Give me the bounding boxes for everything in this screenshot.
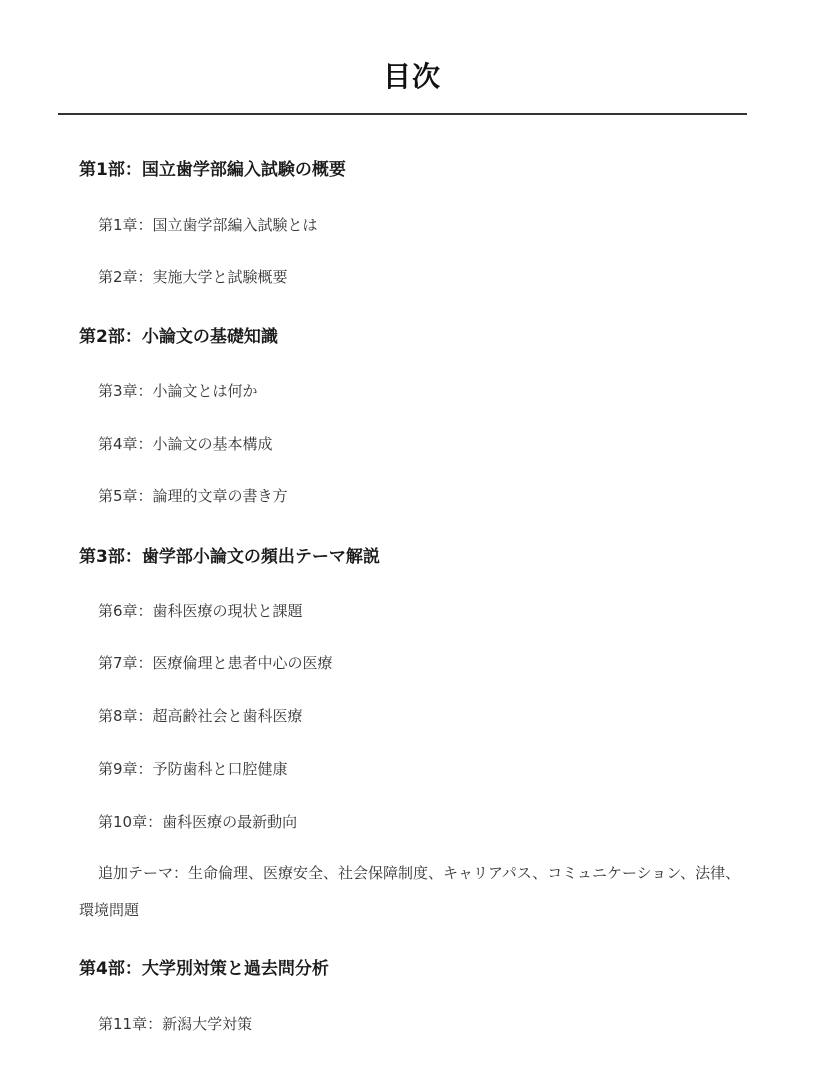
toc-part-3[interactable]: 第3部：歯学部小論文の頻出テーマ解説 bbox=[79, 545, 380, 569]
toc-chapter-8[interactable]: 第8章：超高齢社会と歯科医療 bbox=[98, 705, 303, 727]
toc-page: 目次 第1部：国立歯学部編入試験の概要 第1章：国立歯学部編入試験とは 第2章：… bbox=[0, 0, 824, 1080]
toc-chapter-5[interactable]: 第5章：論理的文章の書き方 bbox=[98, 485, 288, 507]
toc-chapter-9[interactable]: 第9章：予防歯科と口腔健康 bbox=[98, 758, 288, 780]
toc-chapter-10[interactable]: 第10章：歯科医療の最新動向 bbox=[98, 811, 297, 833]
toc-part-1[interactable]: 第1部：国立歯学部編入試験の概要 bbox=[79, 158, 346, 182]
toc-chapter-6[interactable]: 第6章：歯科医療の現状と課題 bbox=[98, 600, 303, 622]
toc-chapter-11[interactable]: 第11章：新潟大学対策 bbox=[98, 1013, 252, 1035]
page-title: 目次 bbox=[0, 55, 824, 99]
title-divider bbox=[58, 113, 747, 115]
toc-part-2[interactable]: 第2部：小論文の基礎知識 bbox=[79, 325, 278, 349]
toc-chapter-2[interactable]: 第2章：実施大学と試験概要 bbox=[98, 266, 288, 288]
toc-chapter-3[interactable]: 第3章：小論文とは何か bbox=[98, 380, 258, 402]
toc-additional-themes: 追加テーマ：生命倫理、医療安全、社会保障制度、キャリアパス、コミュニケーション、… bbox=[79, 855, 749, 929]
toc-chapter-4[interactable]: 第4章：小論文の基本構成 bbox=[98, 433, 273, 455]
toc-chapter-7[interactable]: 第7章：医療倫理と患者中心の医療 bbox=[98, 652, 333, 674]
toc-part-4[interactable]: 第4部：大学別対策と過去問分析 bbox=[79, 957, 329, 981]
toc-chapter-1[interactable]: 第1章：国立歯学部編入試験とは bbox=[98, 214, 318, 236]
